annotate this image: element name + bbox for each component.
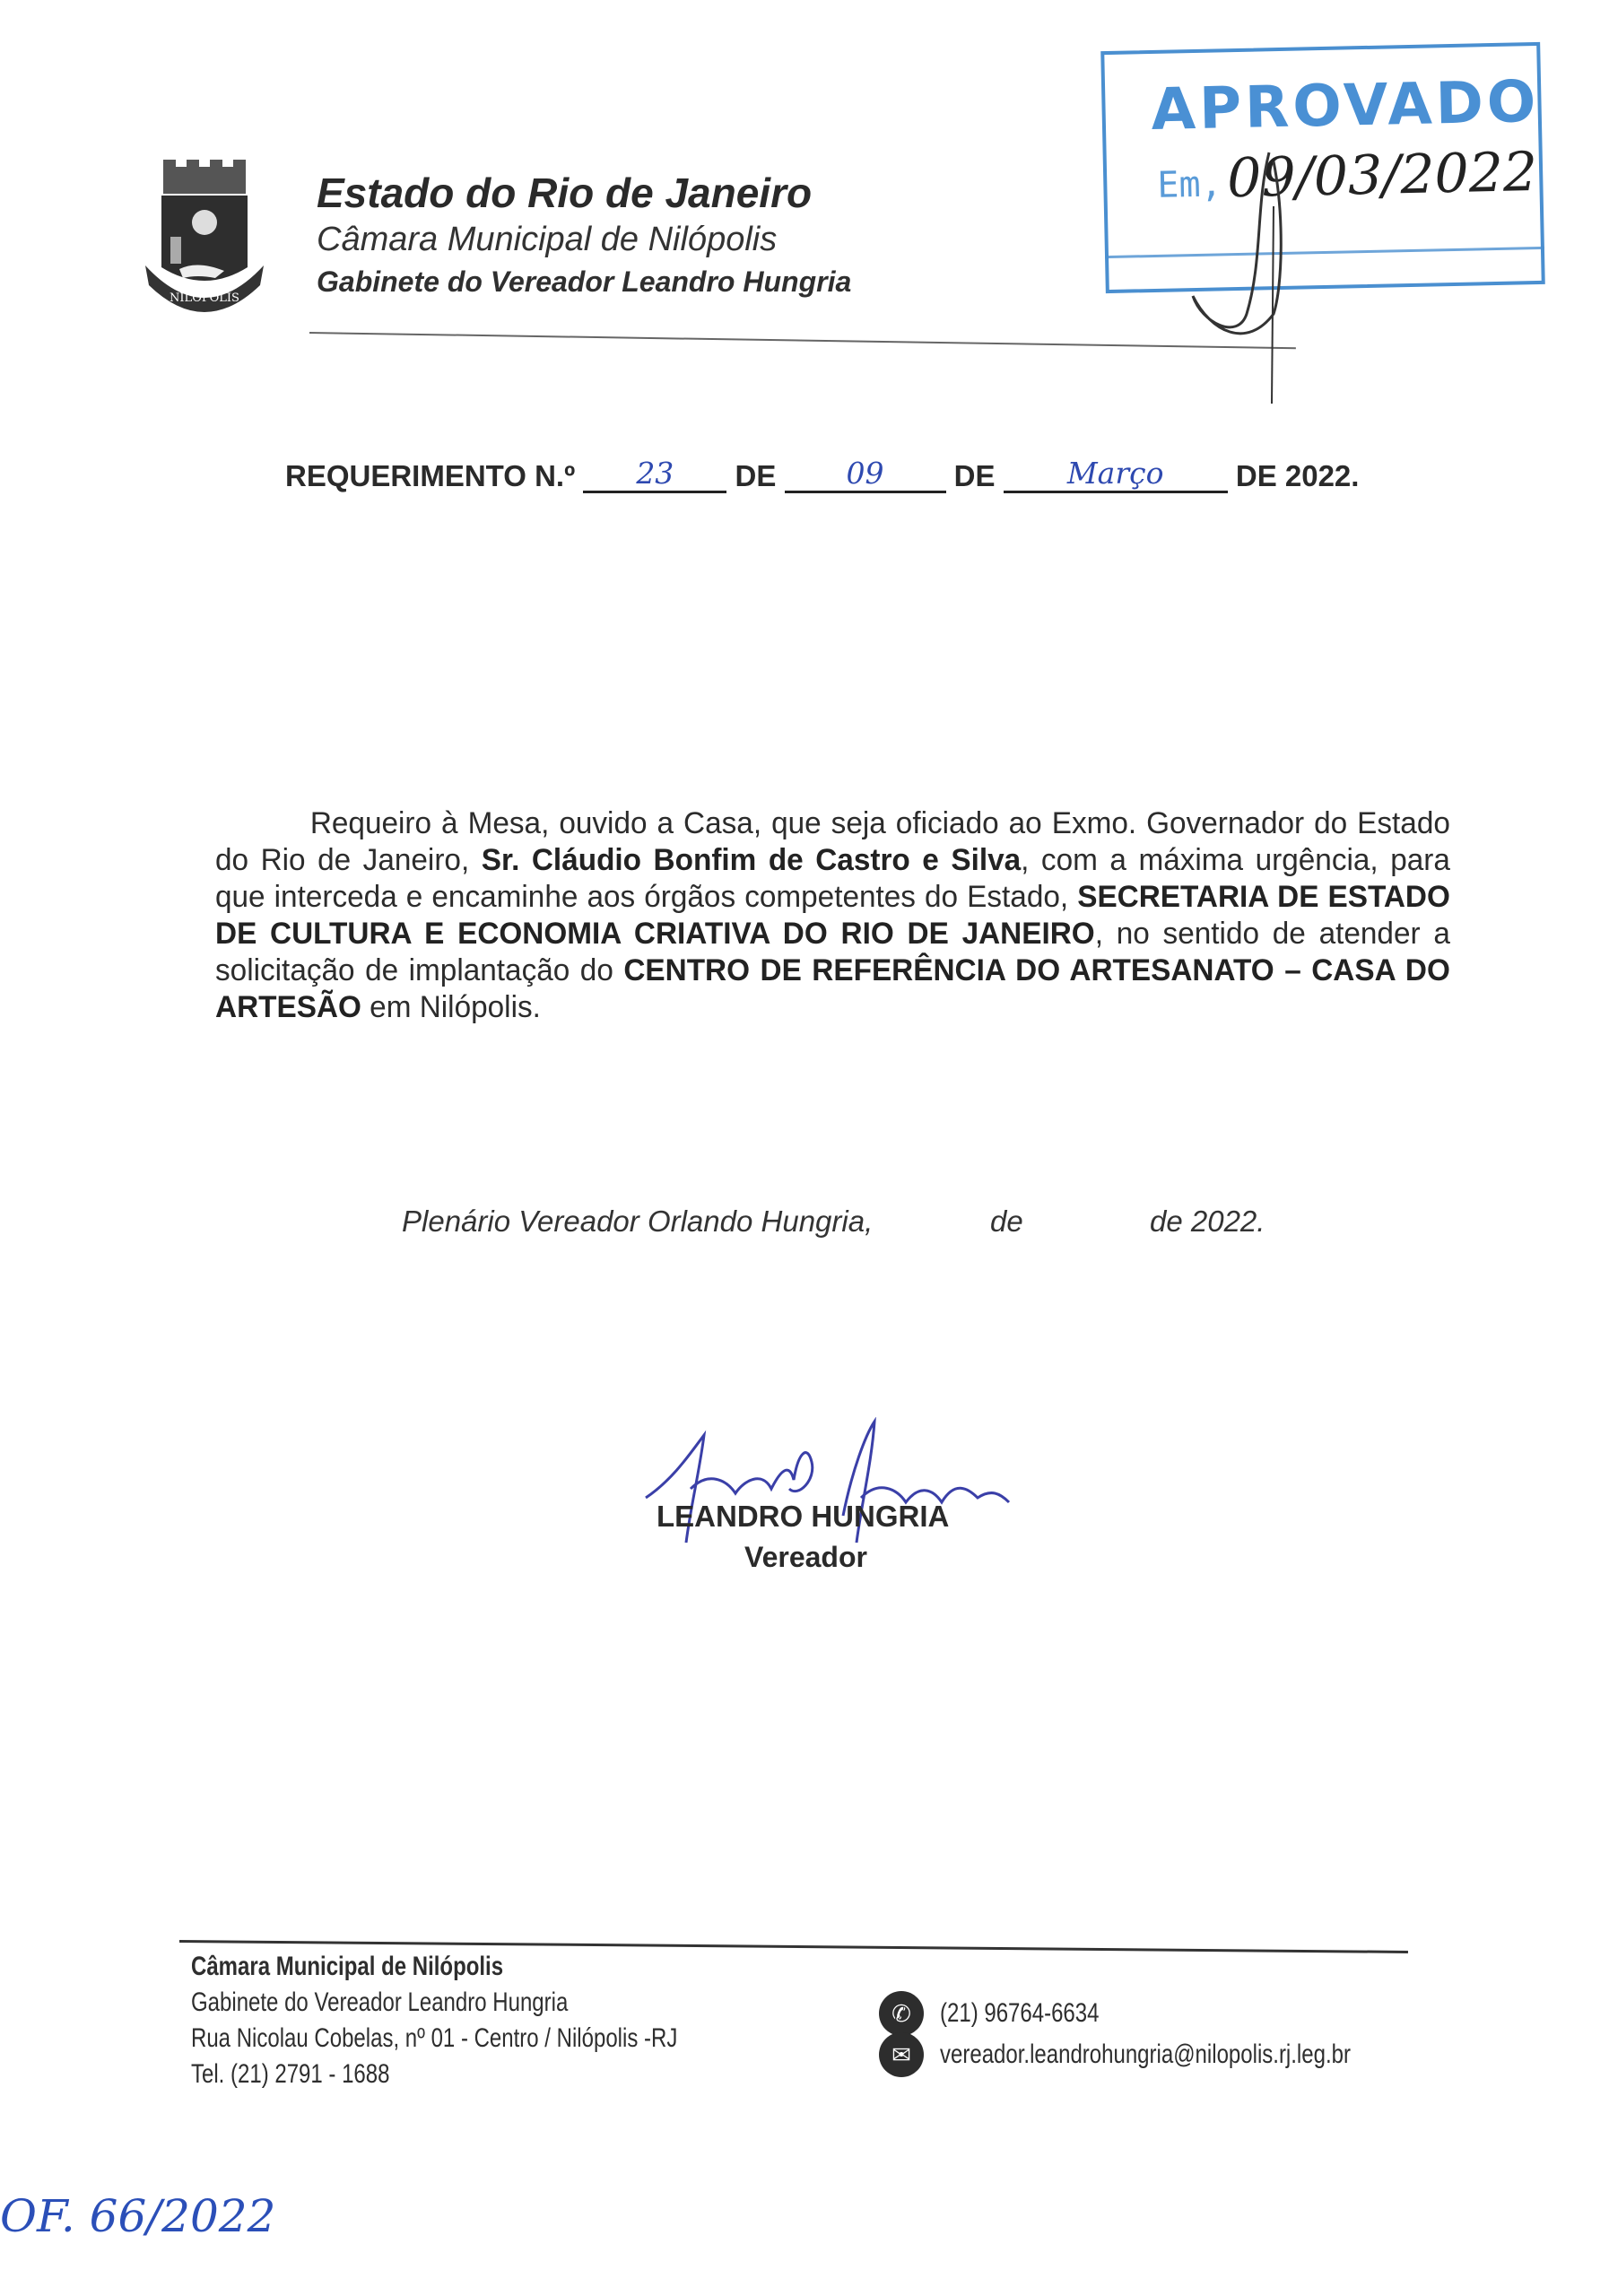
place-de-1: de <box>990 1205 1023 1239</box>
footer-whatsapp-number: (21) 96764-6634 <box>940 1998 1099 2029</box>
governor-name: Sr. Cláudio Bonfim de Castro e Silva <box>482 843 1021 877</box>
handwritten-office-note: OF. 66/2022 <box>0 2190 275 2242</box>
footer-email: vereador.leandrohungria@nilopolis.rj.leg… <box>940 2039 1351 2070</box>
stamp-label: APROVADO <box>1151 69 1540 143</box>
header-divider <box>309 332 1296 349</box>
request-year: DE 2022. <box>1236 459 1360 492</box>
envelope-icon: ✉ <box>879 2032 924 2077</box>
footer-contact-block: ✆ (21) 96764-6634 ✉ vereador.leandrohung… <box>879 1993 1453 2075</box>
request-body-paragraph: Requeiro à Mesa, ouvido a Casa, que seja… <box>215 805 1450 1026</box>
body-text-4: em Nilópolis. <box>361 990 541 1024</box>
svg-text:NILÓPOLIS: NILÓPOLIS <box>170 290 239 305</box>
header-chamber-name: Câmara Municipal de Nilópolis <box>317 221 777 259</box>
request-day-field: 09 <box>785 456 946 493</box>
request-heading: REQUERIMENTO N.º 23 DE 09 DE Março DE 20… <box>285 456 1359 493</box>
footer-office: Gabinete do Vereador Leandro Hungria <box>191 1985 677 2021</box>
header-office-name: Gabinete do Vereador Leandro Hungria <box>317 265 851 299</box>
request-number-field: 23 <box>583 456 726 493</box>
footer-whatsapp-row: ✆ (21) 96764-6634 <box>879 1993 1453 2034</box>
header-state-title: Estado do Rio de Janeiro <box>317 169 812 217</box>
request-de-1: DE <box>735 459 776 492</box>
signatory-role: Vereador <box>744 1541 867 1574</box>
footer-tel: Tel. (21) 2791 - 1688 <box>191 2057 677 2092</box>
stamp-initials-signature-icon <box>1184 135 1318 413</box>
footer-org: Câmara Municipal de Nilópolis <box>191 1949 677 1985</box>
request-de-2: DE <box>954 459 996 492</box>
footer-email-row: ✉ vereador.leandrohungria@nilopolis.rj.l… <box>879 2034 1453 2075</box>
handwritten-signature-icon <box>637 1417 1013 1561</box>
footer-address: Rua Nicolau Cobelas, nº 01 - Centro / Ni… <box>191 2021 677 2057</box>
plenary-name: Plenário Vereador Orlando Hungria, <box>402 1205 873 1238</box>
approval-stamp: APROVADO Em, 09/03/2022 <box>1100 42 1545 293</box>
coat-of-arms-icon: NILÓPOLIS <box>144 160 265 312</box>
request-label: REQUERIMENTO N.º <box>285 459 575 492</box>
signatory-name: LEANDRO HUNGRIA <box>657 1500 949 1534</box>
request-month-field: Março <box>1004 456 1228 493</box>
place-date-line: Plenário Vereador Orlando Hungria, de de… <box>402 1205 873 1239</box>
footer-address-block: Câmara Municipal de Nilópolis Gabinete d… <box>191 1949 799 2092</box>
whatsapp-icon: ✆ <box>879 1991 924 2036</box>
place-year: de 2022. <box>1150 1205 1265 1239</box>
